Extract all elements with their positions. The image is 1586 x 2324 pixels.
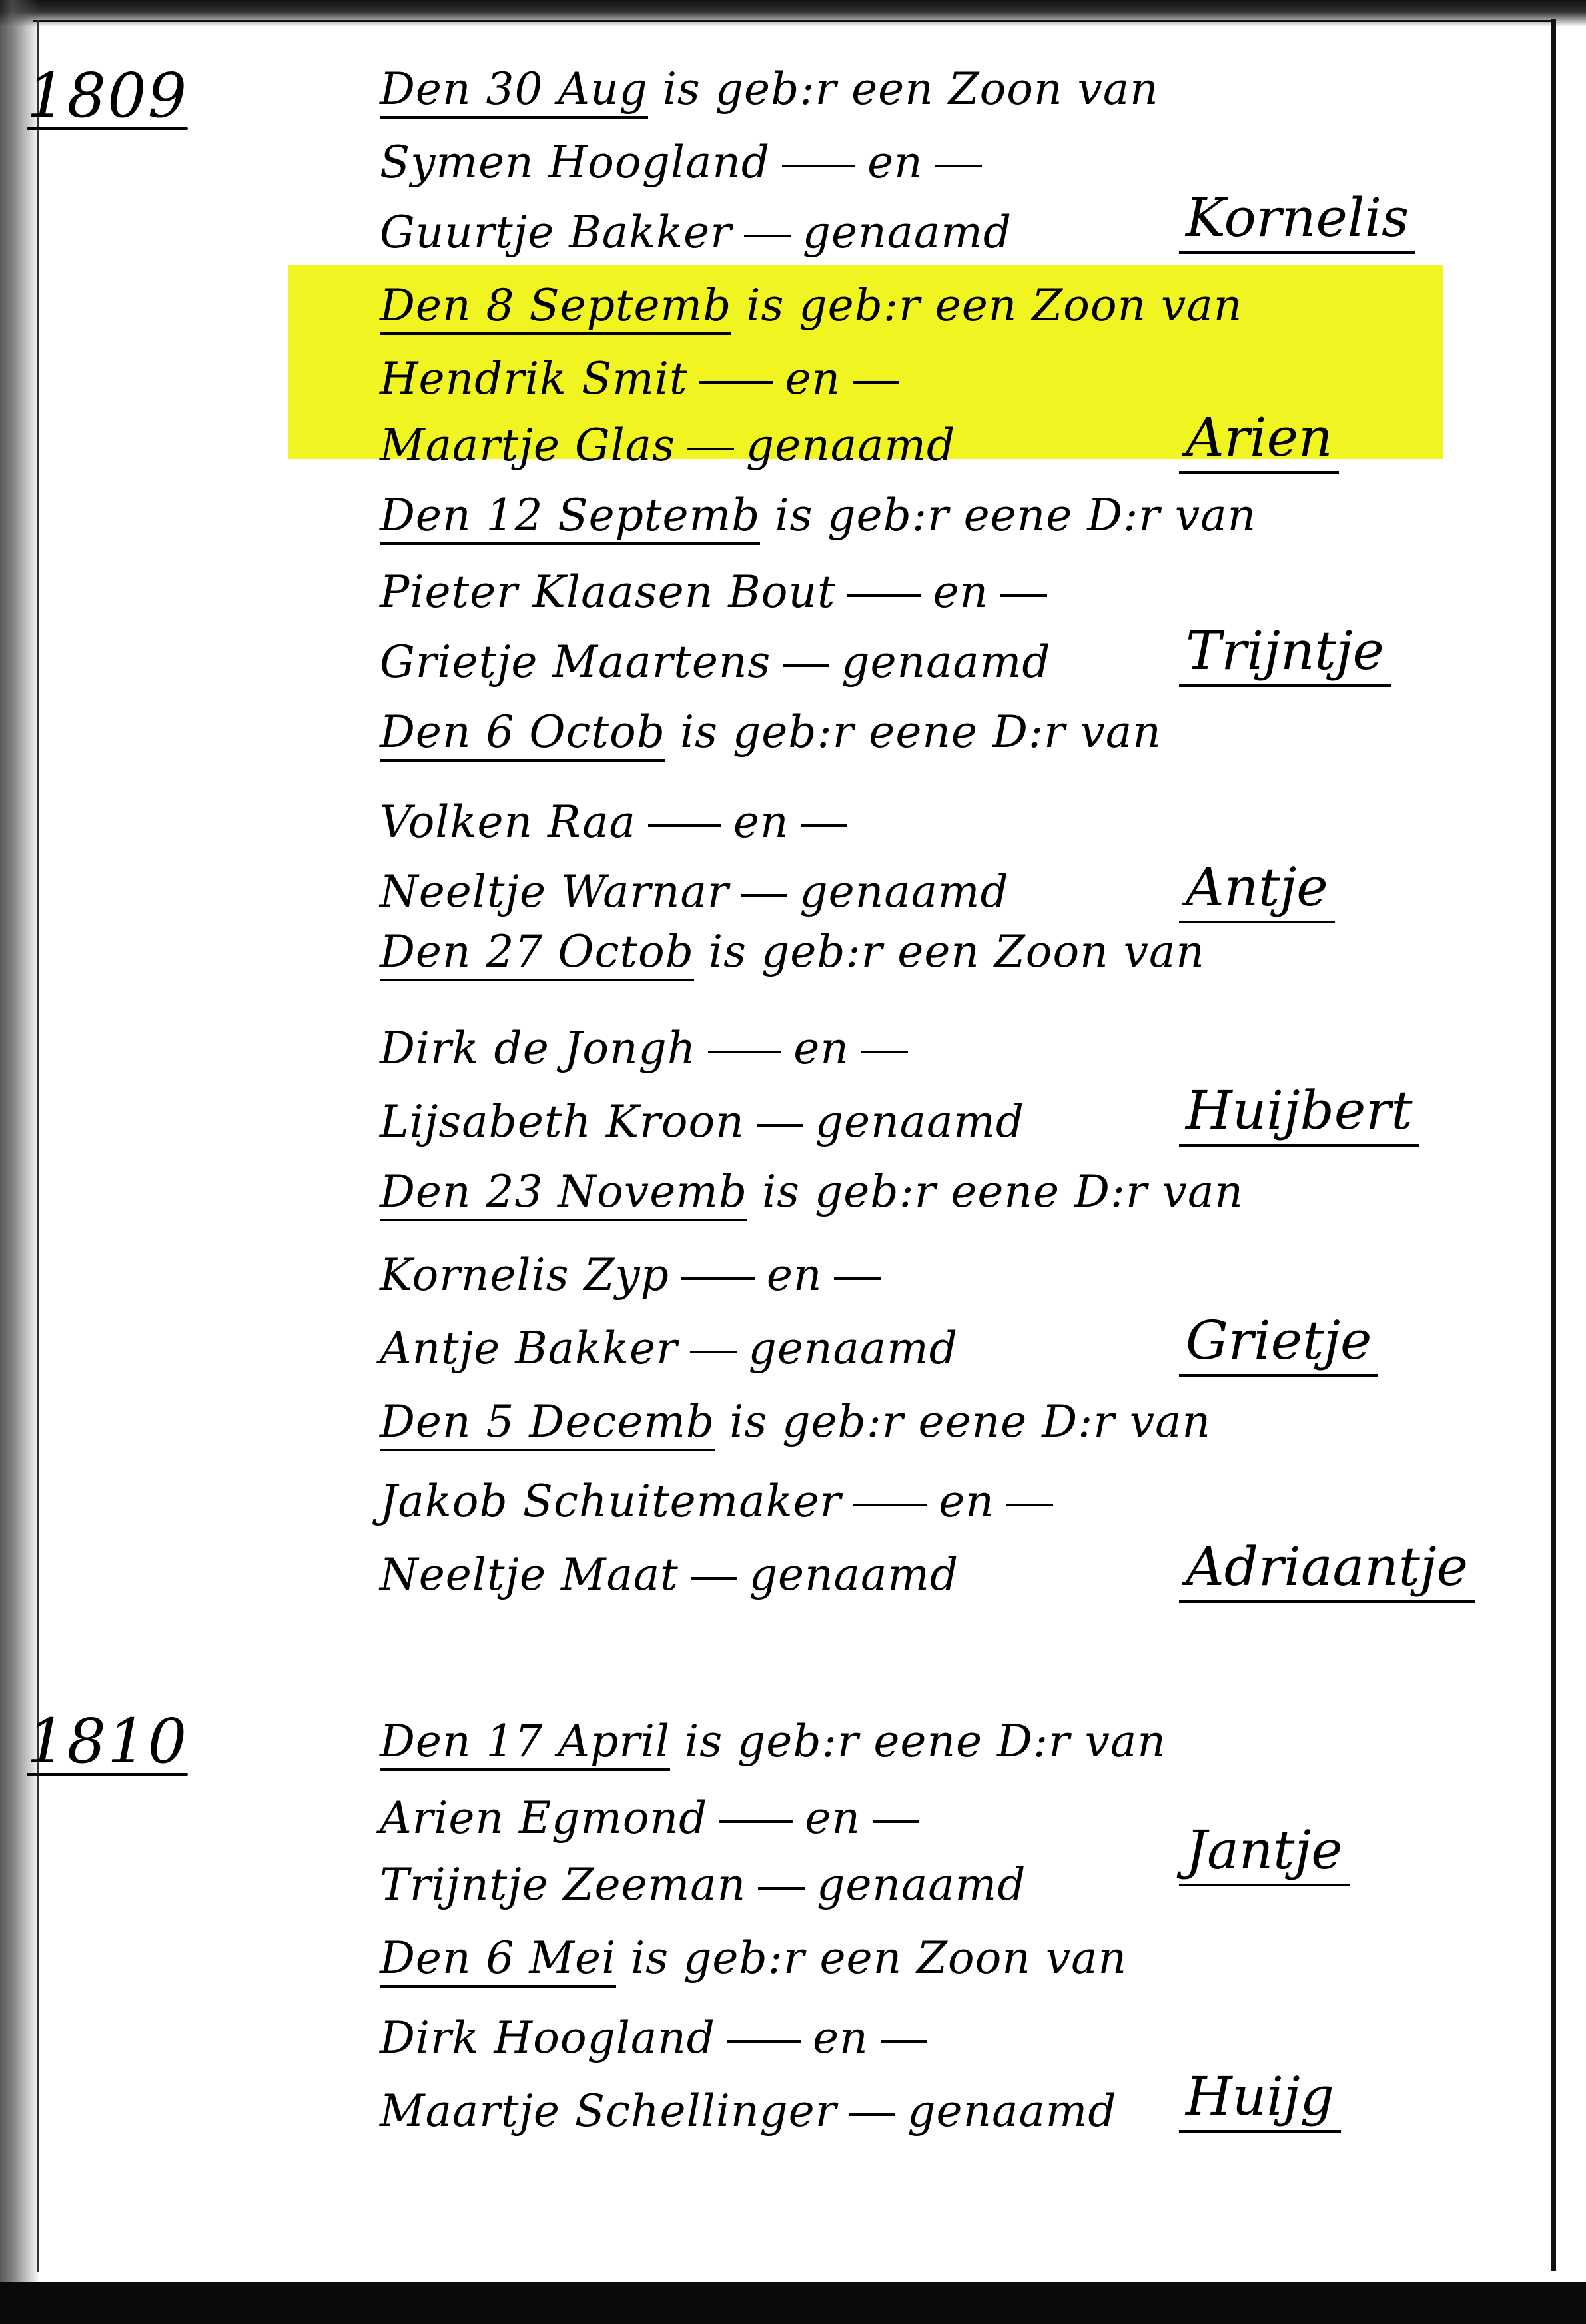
father-name: Volken Raa bbox=[380, 796, 636, 848]
entry-father-line: Volken Raaen bbox=[380, 796, 859, 848]
entry-statement: is geb:r eene D:r van bbox=[762, 1166, 1244, 1217]
father-name: Jakob Schuitemaker bbox=[380, 1476, 841, 1527]
mother-name: Maartje Glas bbox=[380, 420, 675, 471]
conjunction: en bbox=[939, 1476, 994, 1527]
conjunction: en bbox=[767, 1249, 823, 1301]
mother-name: Guurtje Bakker bbox=[380, 207, 732, 258]
named-label: genaamd bbox=[817, 1859, 1026, 1910]
entry-date: Den 6 Mei bbox=[380, 1932, 616, 1988]
entry-date: Den 6 Octob bbox=[380, 706, 665, 762]
entry-father-line: Dirk Hooglanden bbox=[380, 2012, 939, 2063]
year-label-1810: 1810 bbox=[27, 1706, 188, 1776]
scan-border-bottom bbox=[0, 2282, 1586, 2324]
year-label-1809: 1809 bbox=[27, 60, 188, 130]
entry-date-line: Den 8 Septemb is geb:r een Zoon van bbox=[380, 280, 1242, 331]
entry-mother-line: Maartje Schellingergenaamd bbox=[380, 2085, 1117, 2137]
child-name: Antje bbox=[1179, 856, 1335, 923]
child-name: Adriaantje bbox=[1179, 1536, 1475, 1603]
page-rule-top bbox=[33, 20, 1552, 22]
entry-father-line: Pieter Klaasen Bouten bbox=[380, 566, 1059, 618]
entry-mother-line: Grietje Maartensgenaamd bbox=[380, 636, 1051, 688]
entry-date-line: Den 6 Octob is geb:r eene D:r van bbox=[380, 706, 1162, 758]
named-label: genaamd bbox=[746, 420, 955, 471]
mother-name: Neeltje Maat bbox=[380, 1549, 679, 1600]
entry-date-line: Den 6 Mei is geb:r een Zoon van bbox=[380, 1932, 1127, 1984]
father-name: Kornelis Zyp bbox=[380, 1249, 669, 1301]
father-name: Arien Egmond bbox=[380, 1792, 707, 1844]
entry-mother-line: Trijntje Zeemangenaamd bbox=[380, 1859, 1026, 1910]
entry-date-line: Den 30 Aug is geb:r een Zoon van bbox=[380, 63, 1159, 115]
entry-mother-line: Lijsabeth Kroongenaamd bbox=[380, 1096, 1024, 1147]
conjunction: en bbox=[813, 2012, 869, 2063]
entry-date: Den 12 Septemb bbox=[380, 490, 760, 545]
entry-statement: is geb:r een Zoon van bbox=[746, 280, 1242, 331]
mother-name: Lijsabeth Kroon bbox=[380, 1096, 745, 1147]
conjunction: en bbox=[793, 1023, 849, 1074]
named-label: genaamd bbox=[841, 636, 1050, 688]
entry-date-line: Den 27 Octob is geb:r een Zoon van bbox=[380, 926, 1205, 977]
entry-date-line: Den 17 April is geb:r eene D:r van bbox=[380, 1716, 1166, 1767]
father-name: Pieter Klaasen Bout bbox=[380, 566, 835, 618]
child-name: Huijbert bbox=[1179, 1079, 1419, 1147]
scan-border-top bbox=[0, 0, 1586, 27]
entry-statement: is geb:r eene D:r van bbox=[680, 706, 1162, 758]
named-label: genaamd bbox=[749, 1549, 959, 1600]
conjunction: en bbox=[805, 1792, 861, 1844]
conjunction: en bbox=[933, 566, 989, 618]
page-rule-left bbox=[37, 20, 39, 2272]
entry-date: Den 17 April bbox=[380, 1716, 670, 1771]
entry-date: Den 23 Novemb bbox=[380, 1166, 747, 1221]
conjunction: en bbox=[867, 137, 923, 188]
mother-name: Trijntje Zeeman bbox=[380, 1859, 746, 1910]
entry-date: Den 27 Octob bbox=[380, 926, 694, 981]
conjunction: en bbox=[733, 796, 789, 848]
entry-father-line: Dirk de Jonghen bbox=[380, 1023, 920, 1074]
entry-mother-line: Neeltje Warnargenaamd bbox=[380, 866, 1009, 917]
entry-date: Den 5 Decemb bbox=[380, 1396, 715, 1451]
entry-father-line: Hendrik Smiten bbox=[380, 353, 911, 404]
entry-statement: is geb:r eene D:r van bbox=[685, 1716, 1166, 1767]
entry-mother-line: Guurtje Bakkergenaamd bbox=[380, 207, 1012, 258]
named-label: genaamd bbox=[749, 1323, 958, 1374]
named-label: genaamd bbox=[799, 866, 1008, 917]
named-label: genaamd bbox=[907, 2085, 1116, 2137]
mother-name: Antje Bakker bbox=[380, 1323, 678, 1374]
entry-statement: is geb:r een Zoon van bbox=[631, 1932, 1127, 1984]
entry-father-line: Jakob Schuitemakeren bbox=[380, 1476, 1065, 1527]
child-name: Trijntje bbox=[1179, 620, 1391, 687]
entry-father-line: Symen Hooglanden bbox=[380, 137, 994, 188]
entry-date-line: Den 23 Novemb is geb:r eene D:r van bbox=[380, 1166, 1244, 1217]
child-name: Jantje bbox=[1179, 1819, 1350, 1886]
entry-father-line: Kornelis Zypen bbox=[380, 1249, 893, 1301]
mother-name: Grietje Maartens bbox=[380, 636, 771, 688]
father-name: Symen Hoogland bbox=[380, 137, 770, 188]
child-name: Arien bbox=[1179, 406, 1339, 474]
entry-mother-line: Antje Bakkergenaamd bbox=[380, 1323, 958, 1374]
entry-statement: is geb:r een Zoon van bbox=[663, 63, 1159, 115]
entry-mother-line: Neeltje Maatgenaamd bbox=[380, 1549, 959, 1600]
entry-mother-line: Maartje Glasgenaamd bbox=[380, 420, 955, 471]
entry-date: Den 30 Aug bbox=[380, 63, 648, 119]
page-margin-rule bbox=[1551, 19, 1556, 2271]
entry-statement: is geb:r eene D:r van bbox=[729, 1396, 1211, 1447]
entry-date-line: Den 5 Decemb is geb:r eene D:r van bbox=[380, 1396, 1211, 1447]
father-name: Dirk Hoogland bbox=[380, 2012, 715, 2063]
entry-statement: is geb:r een Zoon van bbox=[709, 926, 1205, 977]
entry-father-line: Arien Egmonden bbox=[380, 1792, 931, 1844]
father-name: Hendrik Smit bbox=[380, 353, 687, 404]
child-name: Huijg bbox=[1179, 2065, 1341, 2133]
scan-border-left bbox=[0, 0, 40, 2324]
entry-statement: is geb:r eene D:r van bbox=[775, 490, 1256, 541]
child-name: Grietje bbox=[1179, 1309, 1378, 1377]
father-name: Dirk de Jongh bbox=[380, 1023, 696, 1074]
conjunction: en bbox=[785, 353, 841, 404]
mother-name: Maartje Schellinger bbox=[380, 2085, 837, 2137]
entry-date-line: Den 12 Septemb is geb:r eene D:r van bbox=[380, 490, 1256, 541]
named-label: genaamd bbox=[815, 1096, 1024, 1147]
child-name: Kornelis bbox=[1179, 187, 1415, 254]
entry-date: Den 8 Septemb bbox=[380, 280, 731, 335]
named-label: genaamd bbox=[803, 207, 1012, 258]
mother-name: Neeltje Warnar bbox=[380, 866, 729, 917]
